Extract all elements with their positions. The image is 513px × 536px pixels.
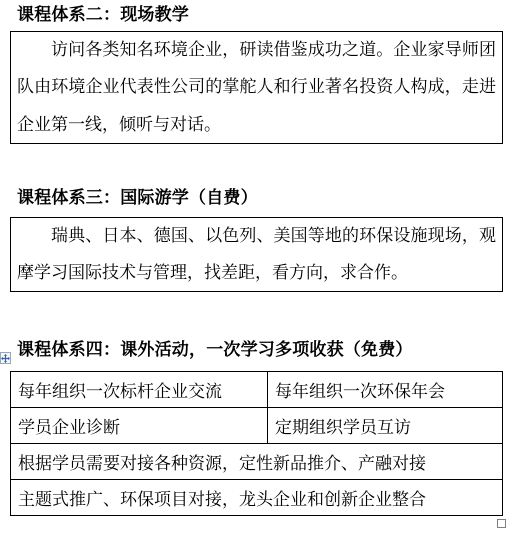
section-heading-curriculum-4[interactable]: 课程体系四：课外活动，一次学习多项收获（免费） [17,340,413,360]
table-move-handle[interactable] [0,352,11,364]
section-heading-curriculum-3[interactable]: 课程体系三：国际游学（自费） [17,188,258,208]
activities-table: 每年组织一次标杆企业交流 每年组织一次环保年会 学员企业诊断 定期组织学员互访 … [10,371,503,516]
table-row: 根据学员需要对接各种资源，定性新品推介、产融对接 [11,444,503,480]
move-arrow-icon [1,354,10,363]
table-resize-handle[interactable] [497,519,506,528]
table-row: 学员企业诊断 定期组织学员互访 [11,408,503,444]
section-2-text-box[interactable]: 访问各类知名环境企业，研读借鉴成功之道。企业家导师团队由环境企业代表性公司的掌舵… [10,31,503,144]
section-heading-curriculum-2[interactable]: 课程体系二：现场教学 [17,5,189,25]
table-cell[interactable]: 定期组织学员互访 [268,408,503,444]
table-cell-merged[interactable]: 根据学员需要对接各种资源，定性新品推介、产融对接 [11,444,503,480]
table-cell[interactable]: 每年组织一次标杆企业交流 [11,372,268,408]
table-cell[interactable]: 每年组织一次环保年会 [268,372,503,408]
section-3-text-box[interactable]: 瑞典、日本、德国、以色列、美国等地的环保设施现场，观摩学习国际技术与管理，找差距… [10,217,503,292]
table-row: 每年组织一次标杆企业交流 每年组织一次环保年会 [11,372,503,408]
table-cell[interactable]: 学员企业诊断 [11,408,268,444]
table-cell-merged[interactable]: 主题式推广、环保项目对接，龙头企业和创新企业整合 [11,480,503,516]
document-page: 课程体系二：现场教学 访问各类知名环境企业，研读借鉴成功之道。企业家导师团队由环… [0,0,513,536]
table-row: 主题式推广、环保项目对接，龙头企业和创新企业整合 [11,480,503,516]
